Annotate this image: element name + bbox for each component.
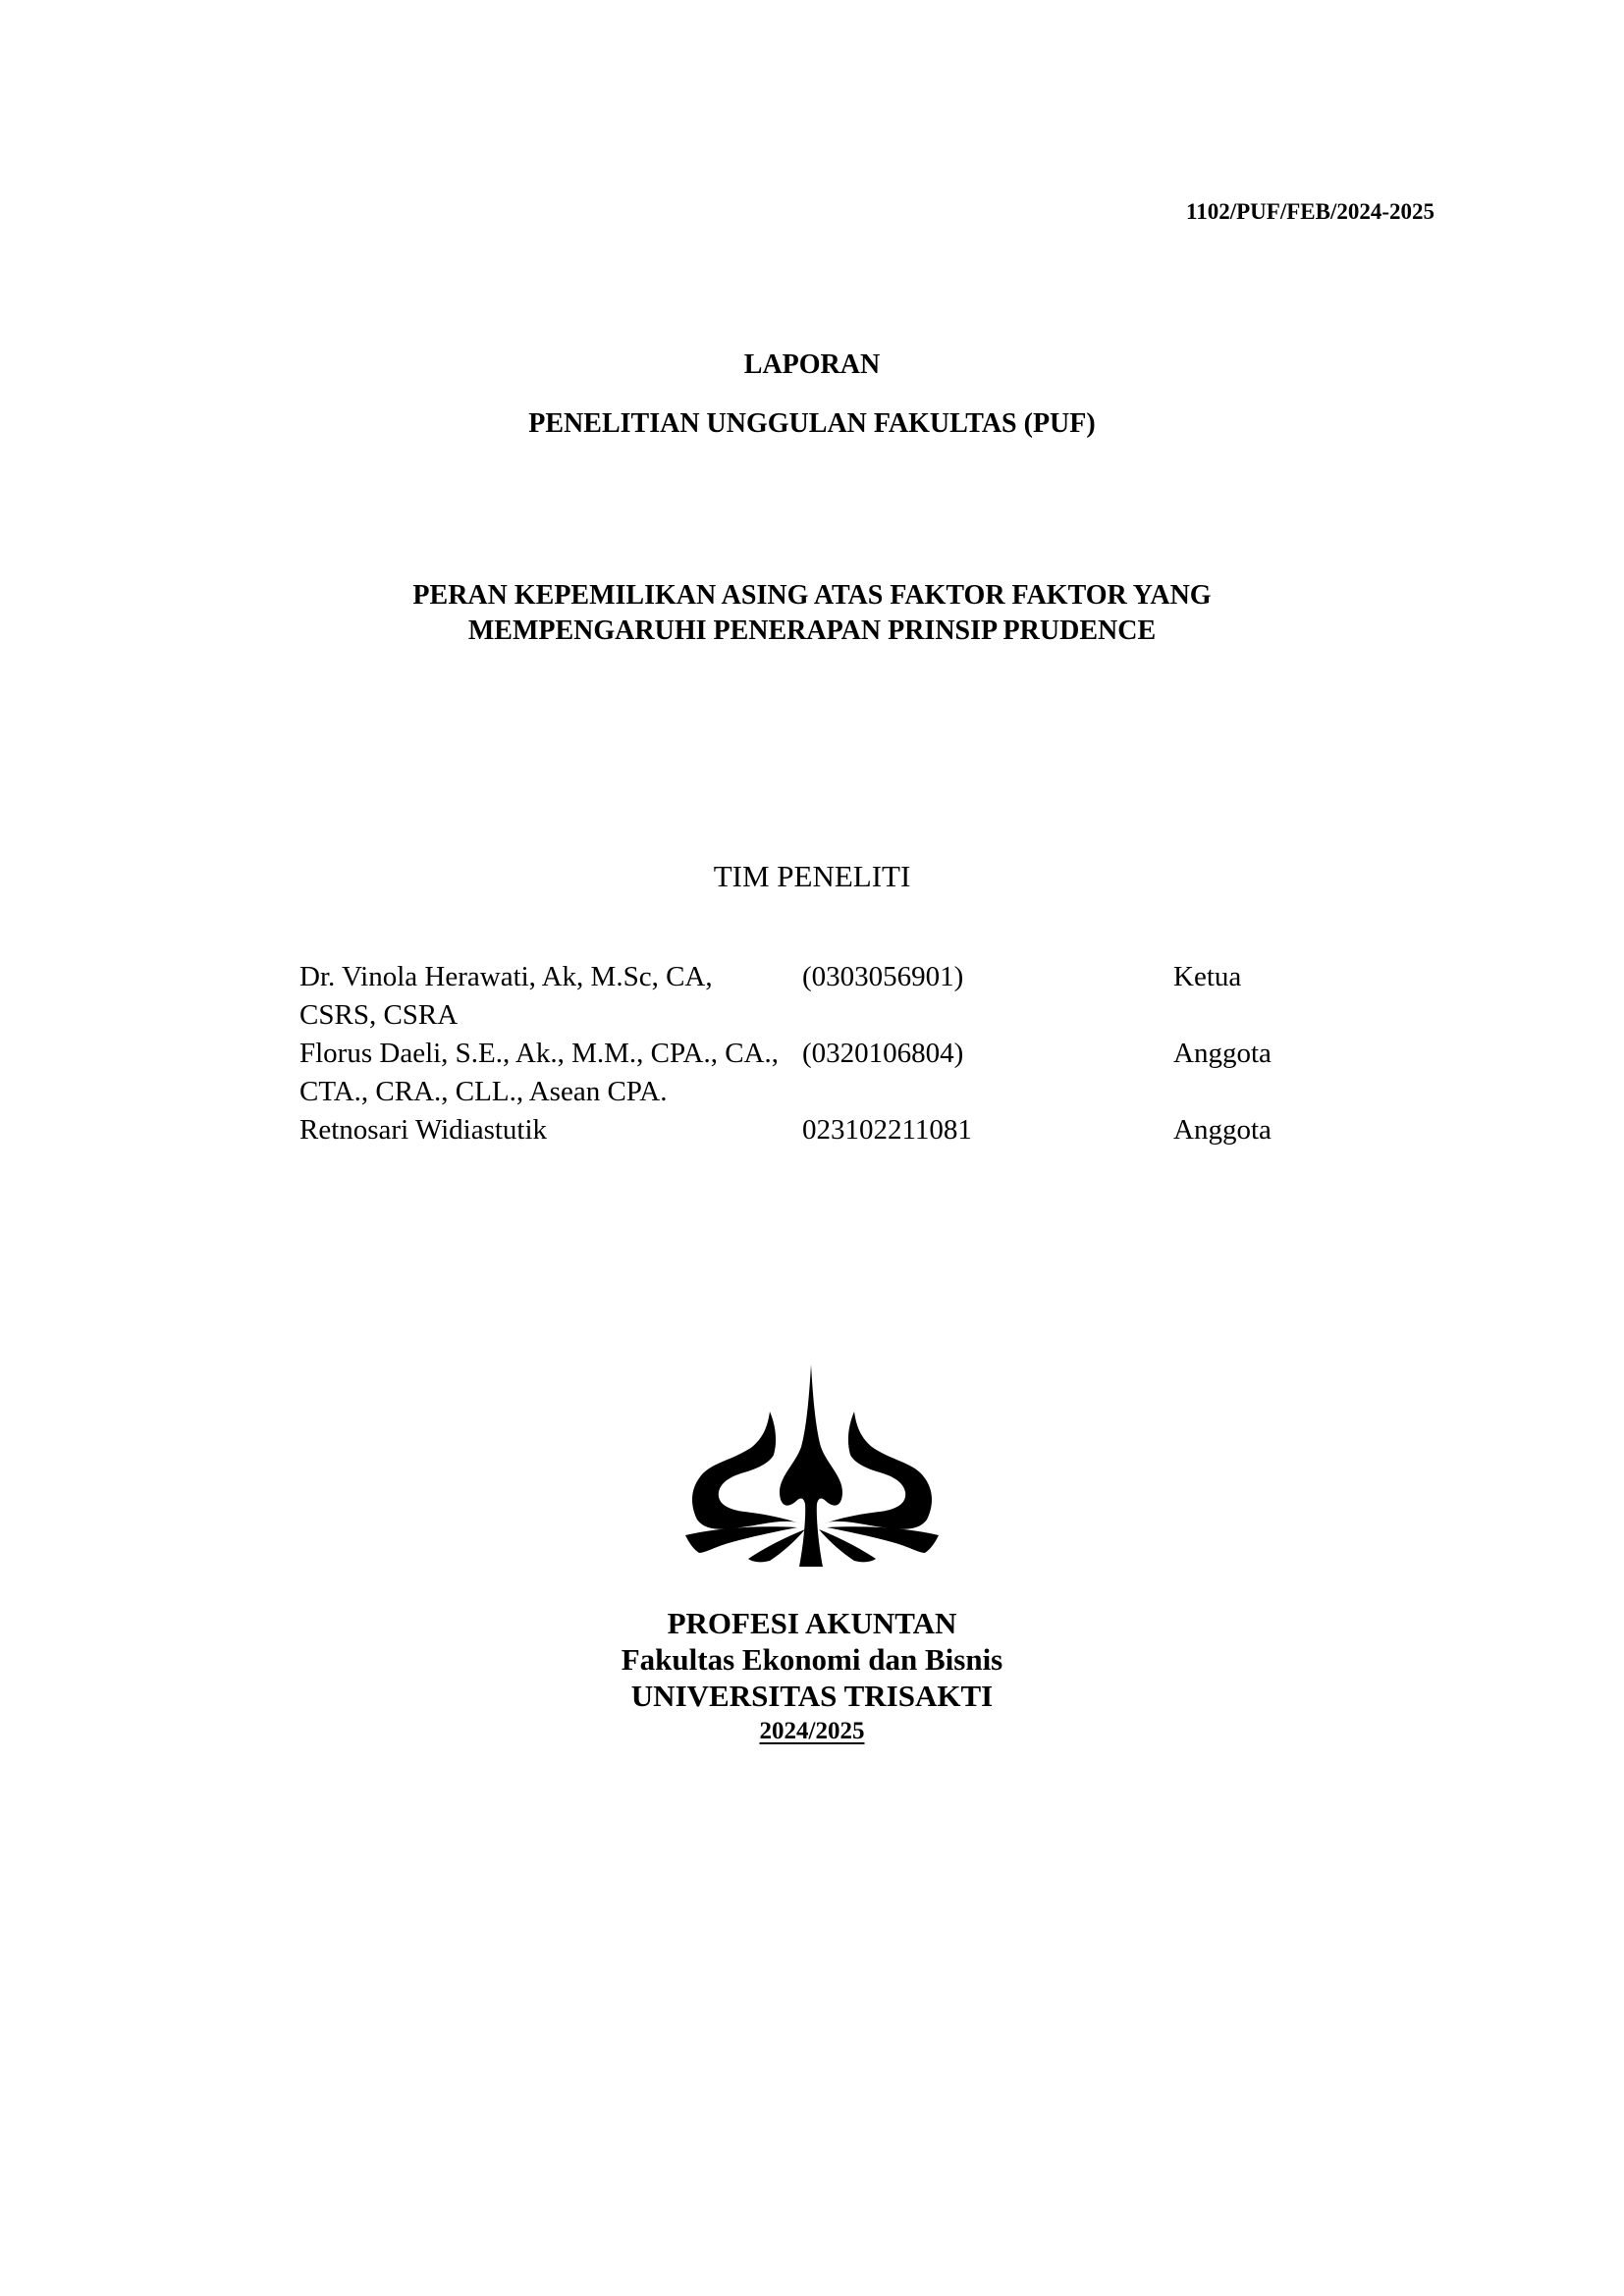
- team-row: Retnosari Widiastutik 023102211081 Anggo…: [299, 1111, 1370, 1149]
- reference-number: 1102/PUF/FEB/2024-2025: [1186, 199, 1435, 225]
- research-title-line: MEMPENGARUHI PENERAPAN PRINSIP PRUDENCE: [0, 614, 1624, 649]
- program-label: PENELITIAN UNGGULAN FAKULTAS (PUF): [0, 408, 1624, 440]
- team-member-name-line: CTA., CRA., CLL., Asean CPA.: [299, 1073, 802, 1111]
- report-label: LAPORAN: [0, 349, 1624, 381]
- team-member-name-line: Florus Daeli, S.E., Ak., M.M., CPA., CA.…: [299, 1035, 802, 1073]
- team-heading: TIM PENELITI: [0, 859, 1624, 894]
- team-member-role: Anggota: [1173, 1035, 1370, 1111]
- program-name: PROFESI AKUNTAN: [0, 1606, 1624, 1641]
- trisakti-university-logo-icon: [679, 1361, 945, 1569]
- faculty-name: Fakultas Ekonomi dan Bisnis: [0, 1642, 1624, 1678]
- team-row: Florus Daeli, S.E., Ak., M.M., CPA., CA.…: [299, 1035, 1370, 1111]
- team-member-name-line: Dr. Vinola Herawati, Ak, M.Sc, CA,: [299, 958, 802, 996]
- team-member-name: Retnosari Widiastutik: [299, 1111, 802, 1149]
- research-title-line: PERAN KEPEMILIKAN ASING ATAS FAKTOR FAKT…: [0, 578, 1624, 614]
- team-table: Dr. Vinola Herawati, Ak, M.Sc, CA, CSRS,…: [299, 958, 1370, 1149]
- team-member-id: (0303056901): [802, 958, 1173, 1035]
- team-member-role: Ketua: [1173, 958, 1370, 1035]
- team-member-name-line: Retnosari Widiastutik: [299, 1111, 802, 1149]
- team-member-role: Anggota: [1173, 1111, 1370, 1149]
- academic-year: 2024/2025: [0, 1718, 1624, 1745]
- research-title: PERAN KEPEMILIKAN ASING ATAS FAKTOR FAKT…: [0, 578, 1624, 649]
- team-member-name-line: CSRS, CSRA: [299, 996, 802, 1035]
- team-member-id: (0320106804): [802, 1035, 1173, 1111]
- university-name: UNIVERSITAS TRISAKTI: [0, 1679, 1624, 1714]
- team-member-id: 023102211081: [802, 1111, 1173, 1149]
- team-member-name: Florus Daeli, S.E., Ak., M.M., CPA., CA.…: [299, 1035, 802, 1111]
- team-row: Dr. Vinola Herawati, Ak, M.Sc, CA, CSRS,…: [299, 958, 1370, 1035]
- academic-year-text: 2024/2025: [760, 1718, 865, 1744]
- team-member-name: Dr. Vinola Herawati, Ak, M.Sc, CA, CSRS,…: [299, 958, 802, 1035]
